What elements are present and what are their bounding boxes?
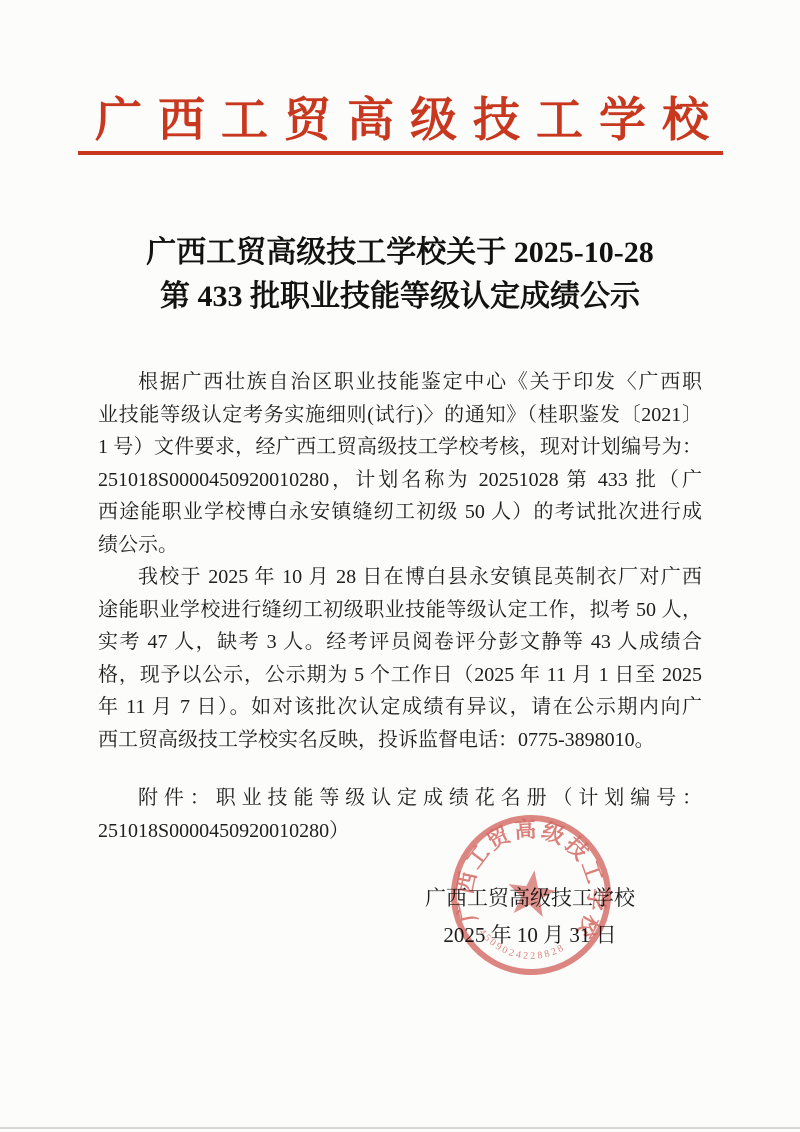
masthead-character: 西	[158, 93, 205, 149]
title-line-2: 第 433 批职业技能等级认定成绩公示	[90, 275, 710, 319]
masthead-character: 广	[95, 93, 142, 149]
title-line-1: 广西工贸高级技工学校关于 2025-10-28	[90, 231, 710, 275]
body-line: 实考 47 人，缺考 3 人。经考评员阅卷评分彭文静等 43 人成绩合	[98, 626, 702, 659]
body-line: 业技能等级认定考务实施细则(试行)〉的通知》（桂职鉴发〔2021〕	[98, 399, 702, 432]
body-line: 251018S0000450920010280，计划名称为 20251028 第…	[98, 464, 702, 497]
masthead-character: 级	[410, 93, 457, 149]
scan-edge-line	[0, 1127, 800, 1129]
masthead-character: 工	[536, 93, 583, 149]
body-line: 途能职业学校进行缝纫工初级职业技能等级认定工作，拟考 50 人，	[98, 594, 702, 627]
body-line: 根据广西壮族自治区职业技能鉴定中心《关于印发〈广西职	[98, 366, 702, 399]
official-seal: 广西工贸高级技工学校 4509024228828	[410, 774, 652, 1016]
paragraph-1: 根据广西壮族自治区职业技能鉴定中心《关于印发〈广西职 业技能等级认定考务实施细则…	[98, 366, 702, 561]
masthead-character: 高	[347, 93, 394, 149]
body-line: 1 号）文件要求，经广西工贸高级技工学校考核，现对计划编号为：	[98, 431, 702, 464]
body-line: 西工贸高级技工学校实名反映，投诉监督电话：0775-3898010。	[98, 724, 702, 757]
seal-star-icon	[505, 867, 558, 918]
masthead-character: 校	[662, 93, 709, 149]
masthead-character: 技	[473, 93, 520, 149]
document-title: 广西工贸高级技工学校关于 2025-10-28 第 433 批职业技能等级认定成…	[90, 231, 710, 319]
document-page: 广西工贸高级技工学校 广西工贸高级技工学校关于 2025-10-28 第 433…	[0, 0, 800, 1132]
masthead-character: 贸	[284, 93, 331, 149]
masthead-character: 学	[599, 93, 646, 149]
masthead-rule	[78, 151, 723, 155]
document-body: 根据广西壮族自治区职业技能鉴定中心《关于印发〈广西职 业技能等级认定考务实施细则…	[98, 366, 702, 847]
body-line: 年 11 月 7 日）。如对该批次认定成绩有异议，请在公示期内向广	[98, 691, 702, 724]
body-line: 绩公示。	[98, 529, 702, 562]
masthead-character: 工	[221, 93, 268, 149]
paragraph-2: 我校于 2025 年 10 月 28 日在博白县永安镇昆英制衣厂对广西 途能职业…	[98, 561, 702, 756]
body-line: 西途能职业学校博白永安镇缝纫工初级 50 人）的考试批次进行成	[98, 496, 702, 529]
body-line: 我校于 2025 年 10 月 28 日在博白县永安镇昆英制衣厂对广西	[98, 561, 702, 594]
body-line: 格，现予以公示，公示期为 5 个工作日（2025 年 11 月 1 日至 202…	[98, 659, 702, 692]
masthead-school-name: 广西工贸高级技工学校	[95, 93, 709, 149]
